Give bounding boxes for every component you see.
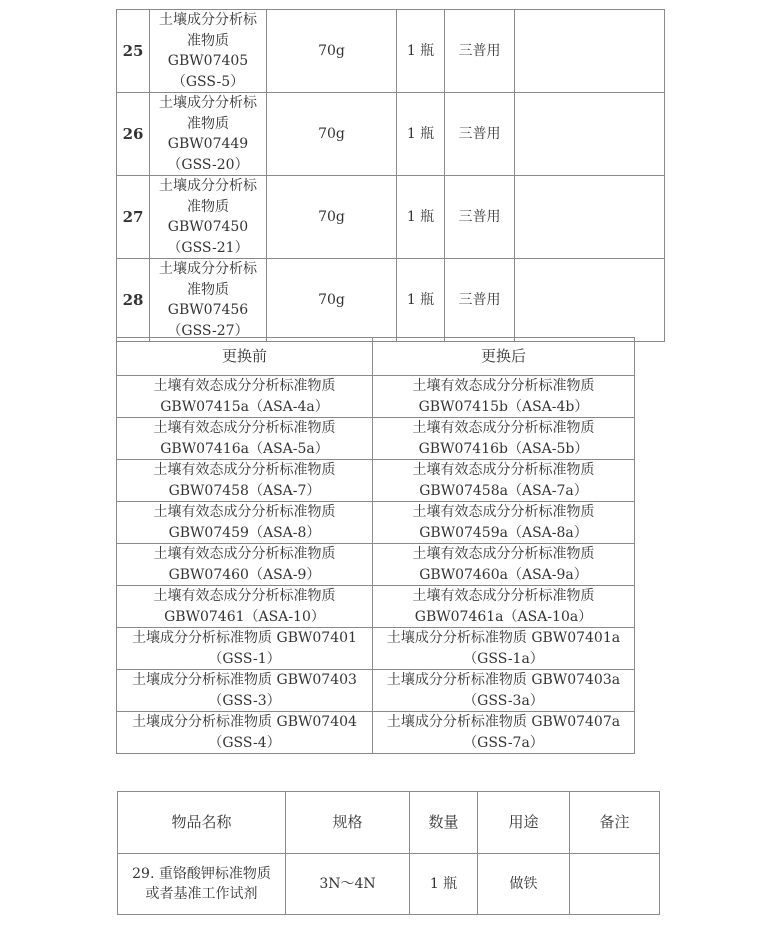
after-cell: 土壤有效态成分分析标准物质GBW07415b（ASA-4b） [373, 376, 635, 418]
table-row: 26 土壤成分分析标 准物质 GBW07449 （GSS-20） 70g 1 瓶… [117, 93, 665, 176]
after-cell: 土壤有效态成分分析标准物质GBW07416b（ASA-5b） [373, 418, 635, 460]
before-cell: 土壤有效态成分分析标准物质GBW07416a（ASA-5a） [117, 418, 373, 460]
table-header-row: 物品名称 规格 数量 用途 备注 [118, 792, 660, 854]
table-row: 土壤有效态成分分析标准物质GBW07416a（ASA-5a） 土壤有效态成分分析… [117, 418, 635, 460]
table-row: 土壤有效态成分分析标准物质GBW07461（ASA-10） 土壤有效态成分分析标… [117, 586, 635, 628]
item-note [515, 259, 665, 342]
after-cell: 土壤有效态成分分析标准物质GBW07461a（ASA-10a） [373, 586, 635, 628]
after-cell: 土壤有效态成分分析标准物质GBW07458a（ASA-7a） [373, 460, 635, 502]
item-note [570, 854, 660, 915]
item-number: 27 [117, 176, 150, 259]
before-cell: 土壤有效态成分分析标准物质GBW07460（ASA-9） [117, 544, 373, 586]
item-note [515, 93, 665, 176]
after-cell: 土壤有效态成分分析标准物质GBW07459a（ASA-8a） [373, 502, 635, 544]
item-use: 三普用 [445, 176, 515, 259]
item-note [515, 10, 665, 93]
header-quantity: 数量 [410, 792, 478, 854]
table-header-row: 更换前 更换后 [117, 338, 635, 376]
before-cell: 土壤有效态成分分析标准物质GBW07461（ASA-10） [117, 586, 373, 628]
table-row: 土壤成分分析标准物质 GBW07403（GSS-3） 土壤成分分析标准物质 GB… [117, 670, 635, 712]
table-row: 29. 重铬酸钾标准物质 或者基准工作试剂 3N～4N 1 瓶 做铁 [118, 854, 660, 915]
item-spec: 70g [267, 93, 397, 176]
item-name: 土壤成分分析标 准物质 GBW07405 （GSS-5） [150, 10, 267, 93]
item-name: 土壤成分分析标 准物质 GBW07449 （GSS-20） [150, 93, 267, 176]
table-row: 27 土壤成分分析标 准物质 GBW07450 （GSS-21） 70g 1 瓶… [117, 176, 665, 259]
header-note: 备注 [570, 792, 660, 854]
item-note [515, 176, 665, 259]
after-cell: 土壤成分分析标准物质 GBW07407a（GSS-7a） [373, 712, 635, 754]
header-spec: 规格 [286, 792, 410, 854]
header-use: 用途 [478, 792, 570, 854]
item-name: 29. 重铬酸钾标准物质 或者基准工作试剂 [118, 854, 286, 915]
after-cell: 土壤有效态成分分析标准物质GBW07460a（ASA-9a） [373, 544, 635, 586]
after-cell: 土壤成分分析标准物质 GBW07403a（GSS-3a） [373, 670, 635, 712]
items-table: 25 土壤成分分析标 准物质 GBW07405 （GSS-5） 70g 1 瓶 … [116, 9, 665, 342]
items-table-2: 物品名称 规格 数量 用途 备注 29. 重铬酸钾标准物质 或者基准工作试剂 3… [117, 791, 660, 915]
after-cell: 土壤成分分析标准物质 GBW07401a（GSS-1a） [373, 628, 635, 670]
before-cell: 土壤成分分析标准物质 GBW07404（GSS-4） [117, 712, 373, 754]
item-quantity: 1 瓶 [410, 854, 478, 915]
item-use: 三普用 [445, 10, 515, 93]
table-row: 土壤有效态成分分析标准物质GBW07460（ASA-9） 土壤有效态成分分析标准… [117, 544, 635, 586]
item-quantity: 1 瓶 [397, 93, 445, 176]
replacement-table: 更换前 更换后 土壤有效态成分分析标准物质GBW07415a（ASA-4a） 土… [116, 337, 635, 754]
table-row: 土壤有效态成分分析标准物质GBW07458（ASA-7） 土壤有效态成分分析标准… [117, 460, 635, 502]
item-use: 做铁 [478, 854, 570, 915]
before-cell: 土壤成分分析标准物质 GBW07401（GSS-1） [117, 628, 373, 670]
table-row: 土壤有效态成分分析标准物质GBW07415a（ASA-4a） 土壤有效态成分分析… [117, 376, 635, 418]
before-cell: 土壤成分分析标准物质 GBW07403（GSS-3） [117, 670, 373, 712]
item-number: 28 [117, 259, 150, 342]
before-cell: 土壤有效态成分分析标准物质GBW07458（ASA-7） [117, 460, 373, 502]
item-spec: 70g [267, 10, 397, 93]
header-name: 物品名称 [118, 792, 286, 854]
table-row: 土壤成分分析标准物质 GBW07404（GSS-4） 土壤成分分析标准物质 GB… [117, 712, 635, 754]
before-cell: 土壤有效态成分分析标准物质GBW07459（ASA-8） [117, 502, 373, 544]
item-quantity: 1 瓶 [397, 259, 445, 342]
item-name: 土壤成分分析标 准物质 GBW07450 （GSS-21） [150, 176, 267, 259]
item-spec: 70g [267, 259, 397, 342]
item-quantity: 1 瓶 [397, 176, 445, 259]
table-row: 25 土壤成分分析标 准物质 GBW07405 （GSS-5） 70g 1 瓶 … [117, 10, 665, 93]
item-number: 25 [117, 10, 150, 93]
item-spec: 70g [267, 176, 397, 259]
item-name: 土壤成分分析标 准物质 GBW07456 （GSS-27） [150, 259, 267, 342]
item-number: 26 [117, 93, 150, 176]
item-use: 三普用 [445, 93, 515, 176]
table-row: 土壤成分分析标准物质 GBW07401（GSS-1） 土壤成分分析标准物质 GB… [117, 628, 635, 670]
before-cell: 土壤有效态成分分析标准物质GBW07415a（ASA-4a） [117, 376, 373, 418]
header-before: 更换前 [117, 338, 373, 376]
table-row: 28 土壤成分分析标 准物质 GBW07456 （GSS-27） 70g 1 瓶… [117, 259, 665, 342]
item-spec: 3N～4N [286, 854, 410, 915]
item-quantity: 1 瓶 [397, 10, 445, 93]
item-use: 三普用 [445, 259, 515, 342]
header-after: 更换后 [373, 338, 635, 376]
table-row: 土壤有效态成分分析标准物质GBW07459（ASA-8） 土壤有效态成分分析标准… [117, 502, 635, 544]
